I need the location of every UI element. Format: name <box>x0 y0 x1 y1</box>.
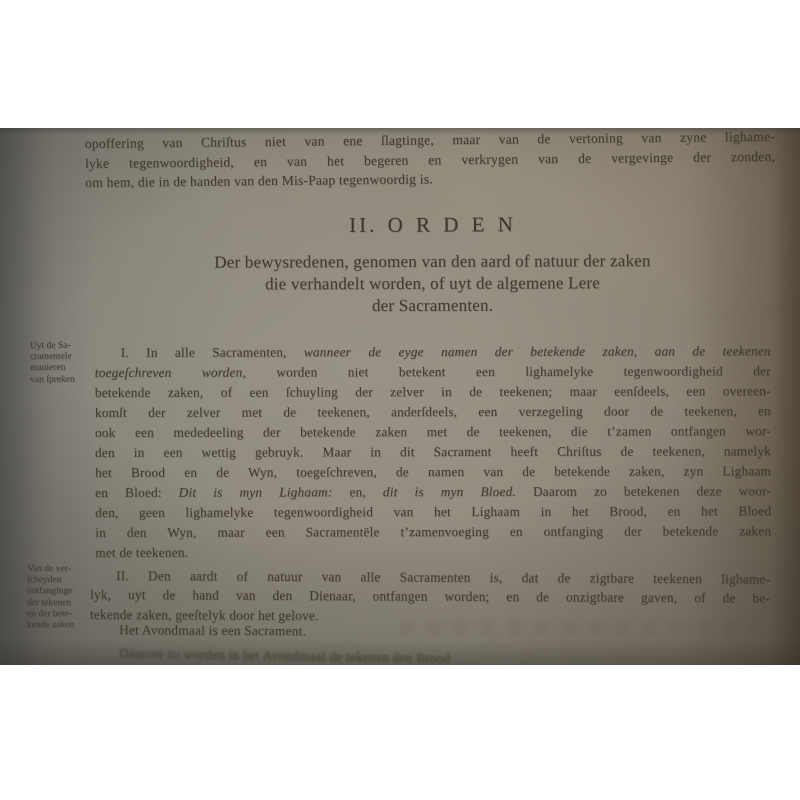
text-line: in den Wyn, maar een Sacramentële t’zame… <box>95 521 771 543</box>
paragraph-2: II. Den aardt of natuur van alle Sacrame… <box>90 566 770 627</box>
text-line: betekende zaken, of een ſchuyling der ze… <box>95 381 771 403</box>
text-line: ook een mededeeling der betekende zaken … <box>95 421 771 443</box>
text-line: den in een wettig gebruyk. Maar in dit S… <box>95 441 771 463</box>
section-subtitle: Der bewysredenen, genomen van den aard o… <box>95 250 770 318</box>
text-line: met de teekenen. <box>95 541 771 563</box>
margin-note-1: Uyt de Sa- cramentele manieren van ſprek… <box>30 340 94 385</box>
screenshot-root: opoffering van Chriſtus niet van ene ſla… <box>0 0 800 800</box>
text-line: toegeſchreven worden, worden niet beteke… <box>95 361 771 383</box>
paragraph-opening: opoffering van Chriſtus niet van ene ſla… <box>85 128 776 192</box>
closing-line-2-cutoff: Daarom zo worden in het Avondmaal de tek… <box>95 645 775 665</box>
margin-note-2: Van de ver- ſcheyden ontfanginge der tek… <box>27 564 91 631</box>
book-page-photo: opoffering van Chriſtus niet van ene ſla… <box>0 128 800 665</box>
text-line: komſt der zelver met de teekenen, anderſ… <box>95 401 771 423</box>
closing-line-1: Het Avondmaal is een Sacrament. <box>95 622 775 642</box>
text-line: en Bloed: Dit is myn Lighaam: en, dit is… <box>95 481 771 503</box>
paragraph-1: I. In alle Sacramenten, wanneer de eyge … <box>95 341 772 563</box>
text-line: het Brood en de Wyn, toegeſchreven, de n… <box>95 461 771 483</box>
section-heading: II. O R D E N <box>95 211 770 239</box>
printed-text-layer: opoffering van Chriſtus niet van ene ſla… <box>0 128 800 665</box>
text-line: die verhandelt worden, of uyt de algemen… <box>95 272 770 296</box>
text-line: der Sacramenten. <box>95 294 770 318</box>
text-line: den, geen lighamelyke tegenwoordigheid v… <box>95 501 771 523</box>
text-line: I. In alle Sacramenten, wanneer de eyge … <box>95 341 771 363</box>
text-line: Der bewysredenen, genomen van den aard o… <box>95 250 770 274</box>
